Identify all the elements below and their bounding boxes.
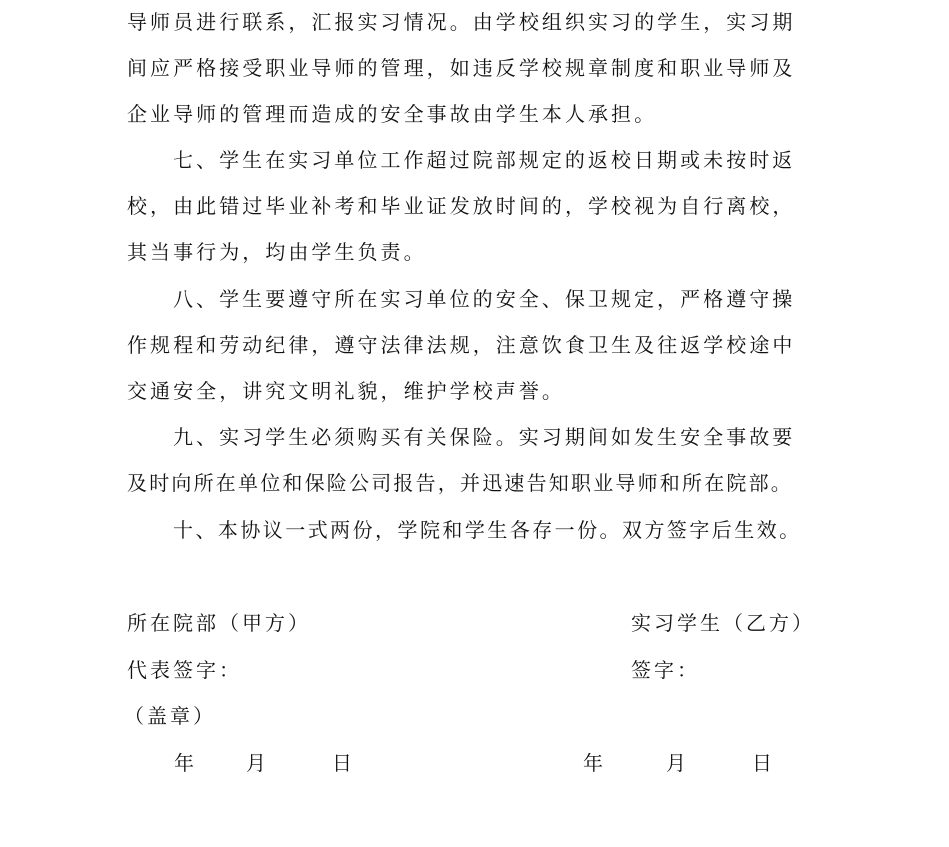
paragraph-line: 其当事行为，均由学生负责。: [127, 237, 427, 267]
paragraph-line: 及时向所在单位和保险公司报告，并迅速告知职业导师和所在院部。: [127, 468, 793, 498]
paragraph-line: 作规程和劳动纪律，遵守法律法规，注意饮食卫生及往返学校途中: [127, 330, 795, 360]
party-b-month: 月: [666, 748, 689, 778]
clause-nine-line: 九、实习学生必须购买有关保险。实习期间如发生安全事故要: [173, 422, 795, 452]
party-a-year: 年: [174, 748, 197, 778]
document-page: 导师员进行联系，汇报实习情况。由学校组织实习的学生，实习期 间应严格接受职业导师…: [0, 0, 949, 847]
party-b-day: 日: [752, 748, 775, 778]
paragraph-line: 导师员进行联系，汇报实习情况。由学校组织实习的学生，实习期: [127, 7, 795, 37]
party-a-sign-label: 代表签字：: [127, 655, 242, 685]
party-b-sign-label: 签字：: [631, 655, 700, 685]
paragraph-line: 交通安全，讲究文明礼貌，维护学校声誉。: [127, 376, 565, 406]
paragraph-line: 校，由此错过毕业补考和毕业证发放时间的，学校视为自行离校，: [127, 191, 795, 221]
paragraph-line: 企业导师的管理而造成的安全事故由学生本人承担。: [127, 99, 657, 129]
clause-ten-line: 十、本协议一式两份，学院和学生各存一份。双方签字后生效。: [173, 515, 802, 545]
party-a-day: 日: [332, 748, 355, 778]
clause-seven-line: 七、学生在实习单位工作超过院部规定的返校日期或未按时返: [173, 145, 795, 175]
paragraph-line: 间应严格接受职业导师的管理，如违反学校规章制度和职业导师及: [127, 53, 795, 83]
clause-eight-line: 八、学生要遵守所在实习单位的安全、保卫规定，严格遵守操: [173, 284, 795, 314]
party-a-seal-label: （盖章）: [124, 701, 216, 731]
party-b-year: 年: [583, 748, 606, 778]
party-a-title: 所在院部（甲方）: [127, 608, 311, 638]
party-b-title: 实习学生（乙方）: [631, 608, 815, 638]
party-a-month: 月: [246, 748, 269, 778]
